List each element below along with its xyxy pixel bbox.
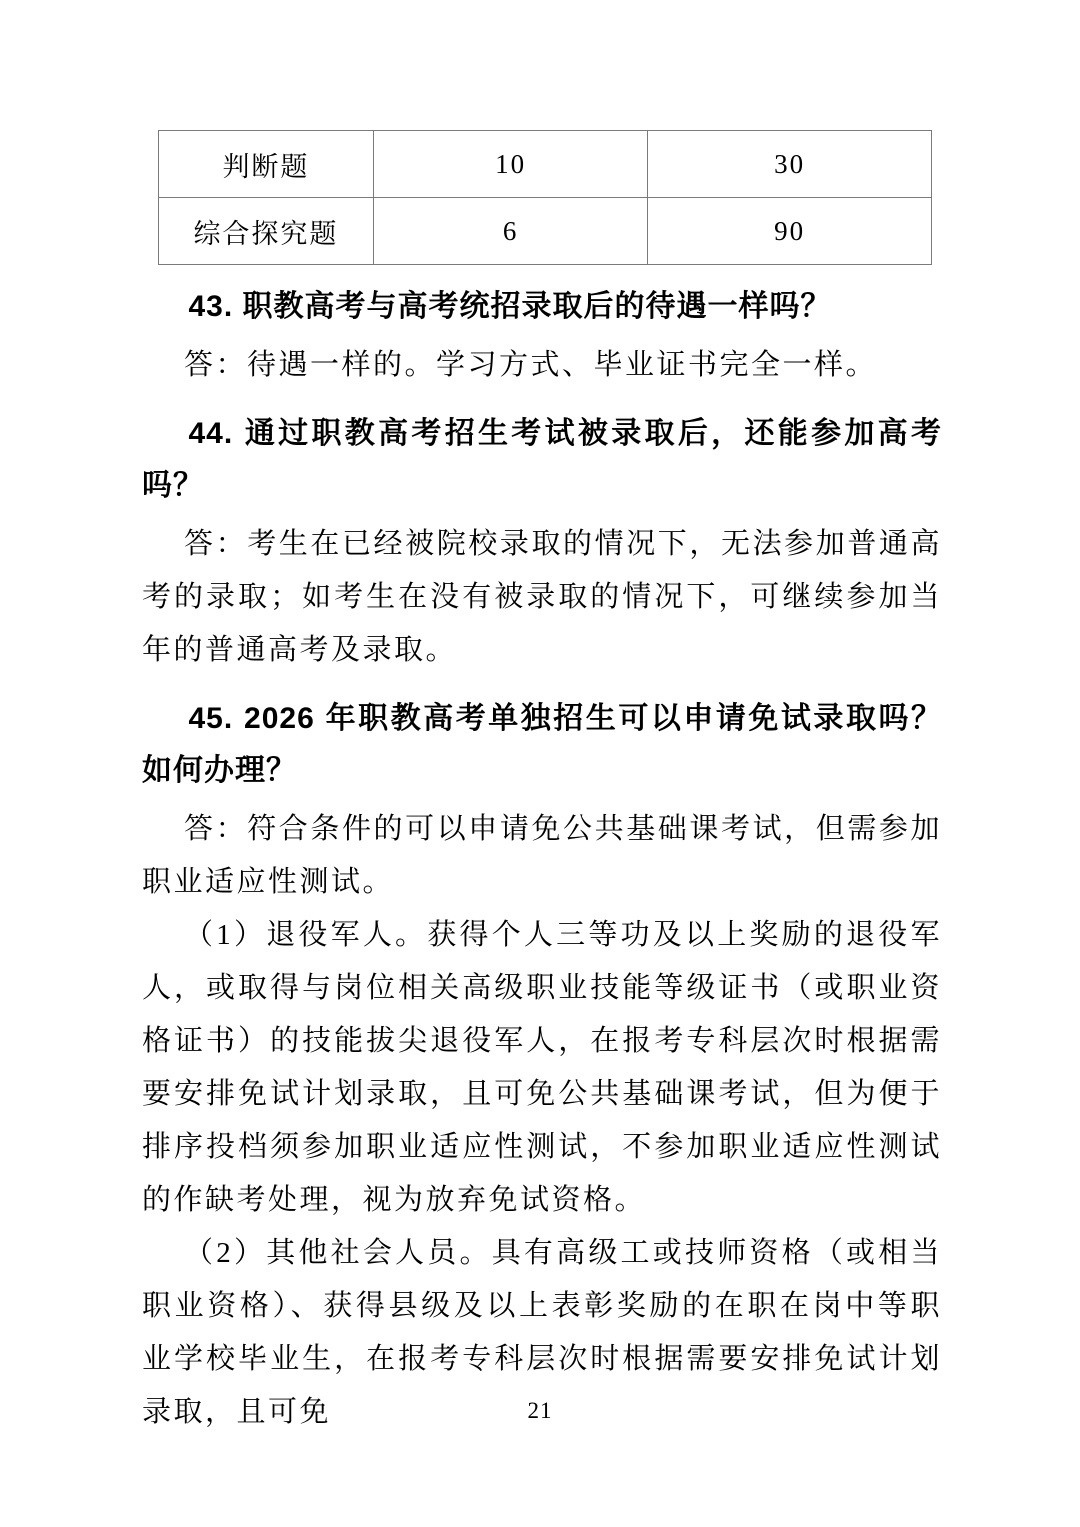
table-cell-score: 90: [648, 198, 932, 265]
question-43-answer: 答：待遇一样的。学习方式、毕业证书完全一样。: [142, 339, 942, 392]
question-45-heading: 45. 2026 年职教高考单独招生可以申请免试录取吗？如何办理？: [142, 693, 942, 797]
question-score-table: 判断题 10 30 综合探究题 6 90: [158, 130, 932, 265]
table-row: 判断题 10 30: [159, 131, 932, 198]
table-row: 综合探究题 6 90: [159, 198, 932, 265]
page-number: 21: [0, 1398, 1080, 1424]
table-cell-count: 6: [373, 198, 647, 265]
question-44-answer: 答：考生在已经被院校录取的情况下，无法参加普通高考的录取；如考生在没有被录取的情…: [142, 518, 942, 677]
question-43-heading: 43. 职教高考与高考统招录取后的待遇一样吗？: [142, 281, 942, 333]
document-page: 判断题 10 30 综合探究题 6 90 43. 职教高考与高考统招录取后的待遇…: [142, 0, 942, 1439]
question-45-item-1: （1）退役军人。获得个人三等功及以上奖励的退役军人，或取得与岗位相关高级职业技能…: [142, 909, 942, 1227]
table-cell-question-type: 判断题: [159, 131, 374, 198]
question-45-answer-intro: 答：符合条件的可以申请免公共基础课考试，但需参加职业适应性测试。: [142, 803, 942, 909]
table-cell-count: 10: [373, 131, 647, 198]
table-cell-score: 30: [648, 131, 932, 198]
table-cell-question-type: 综合探究题: [159, 198, 374, 265]
question-44-heading: 44. 通过职教高考招生考试被录取后，还能参加高考吗？: [142, 408, 942, 512]
